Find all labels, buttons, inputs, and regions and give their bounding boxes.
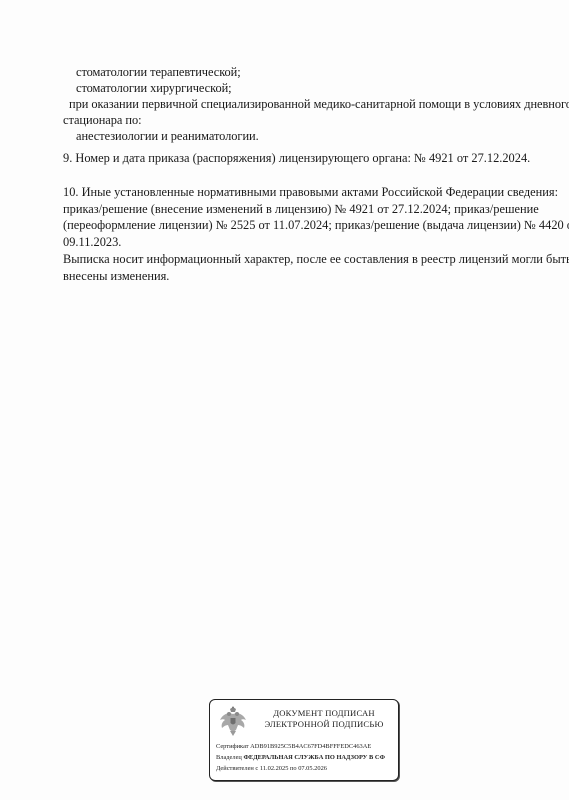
section-9: 9. Номер и дата приказа (распоряжения) л… (63, 150, 553, 167)
section-10-line: (переоформление лицензии) № 2525 от 11.0… (63, 217, 553, 234)
owner-value: ФЕДЕРАЛЬНАЯ СЛУЖБА ПО НАДЗОРУ В СФ (243, 754, 385, 761)
note-line: внесены изменения. (63, 268, 553, 285)
section-10-line: 10. Иные установленные нормативными прав… (63, 184, 553, 201)
certificate-label: Сертификат (216, 743, 249, 750)
list-item: стоматологии хирургической; (76, 81, 232, 96)
section-9-text: 9. Номер и дата приказа (распоряжения) л… (63, 150, 553, 167)
owner-row: Владелец ФЕДЕРАЛЬНАЯ СЛУЖБА ПО НАДЗОРУ В… (216, 754, 385, 762)
signature-stamp: ДОКУМЕНТ ПОДПИСАН ЭЛЕКТРОННОЙ ПОДПИСЬЮ С… (209, 699, 399, 781)
list-item: стоматологии терапевтической; (76, 65, 241, 80)
certificate-row: Сертификат ADB91B925C5B4AC67FD4BFFFEDC46… (216, 743, 371, 751)
coat-of-arms-icon (218, 706, 248, 738)
list-item: стационара по: (63, 113, 142, 128)
list-item: при оказании первичной специализированно… (69, 97, 569, 112)
stamp-title-line: ЭЛЕКТРОННОЙ ПОДПИСЬЮ (254, 719, 394, 730)
note-line: Выписка носит информационный характер, п… (63, 251, 553, 268)
stamp-title-line: ДОКУМЕНТ ПОДПИСАН (254, 708, 394, 719)
list-item: анестезиологии и реаниматологии. (76, 129, 259, 144)
note: Выписка носит информационный характер, п… (63, 251, 553, 284)
section-10: 10. Иные установленные нормативными прав… (63, 184, 553, 250)
certificate-value: ADB91B925C5B4AC67FD4BFFFEDC463AE (250, 743, 371, 750)
document-page: стоматологии терапевтической; стоматолог… (0, 0, 569, 800)
validity-text: Действителен с 11.02.2025 по 07.05.2026 (216, 765, 327, 772)
stamp-title: ДОКУМЕНТ ПОДПИСАН ЭЛЕКТРОННОЙ ПОДПИСЬЮ (254, 708, 394, 729)
section-10-line: 09.11.2023. (63, 234, 553, 251)
validity-row: Действителен с 11.02.2025 по 07.05.2026 (216, 765, 327, 773)
owner-label: Владелец (216, 754, 242, 761)
section-10-line: приказ/решение (внесение изменений в лиц… (63, 201, 553, 218)
